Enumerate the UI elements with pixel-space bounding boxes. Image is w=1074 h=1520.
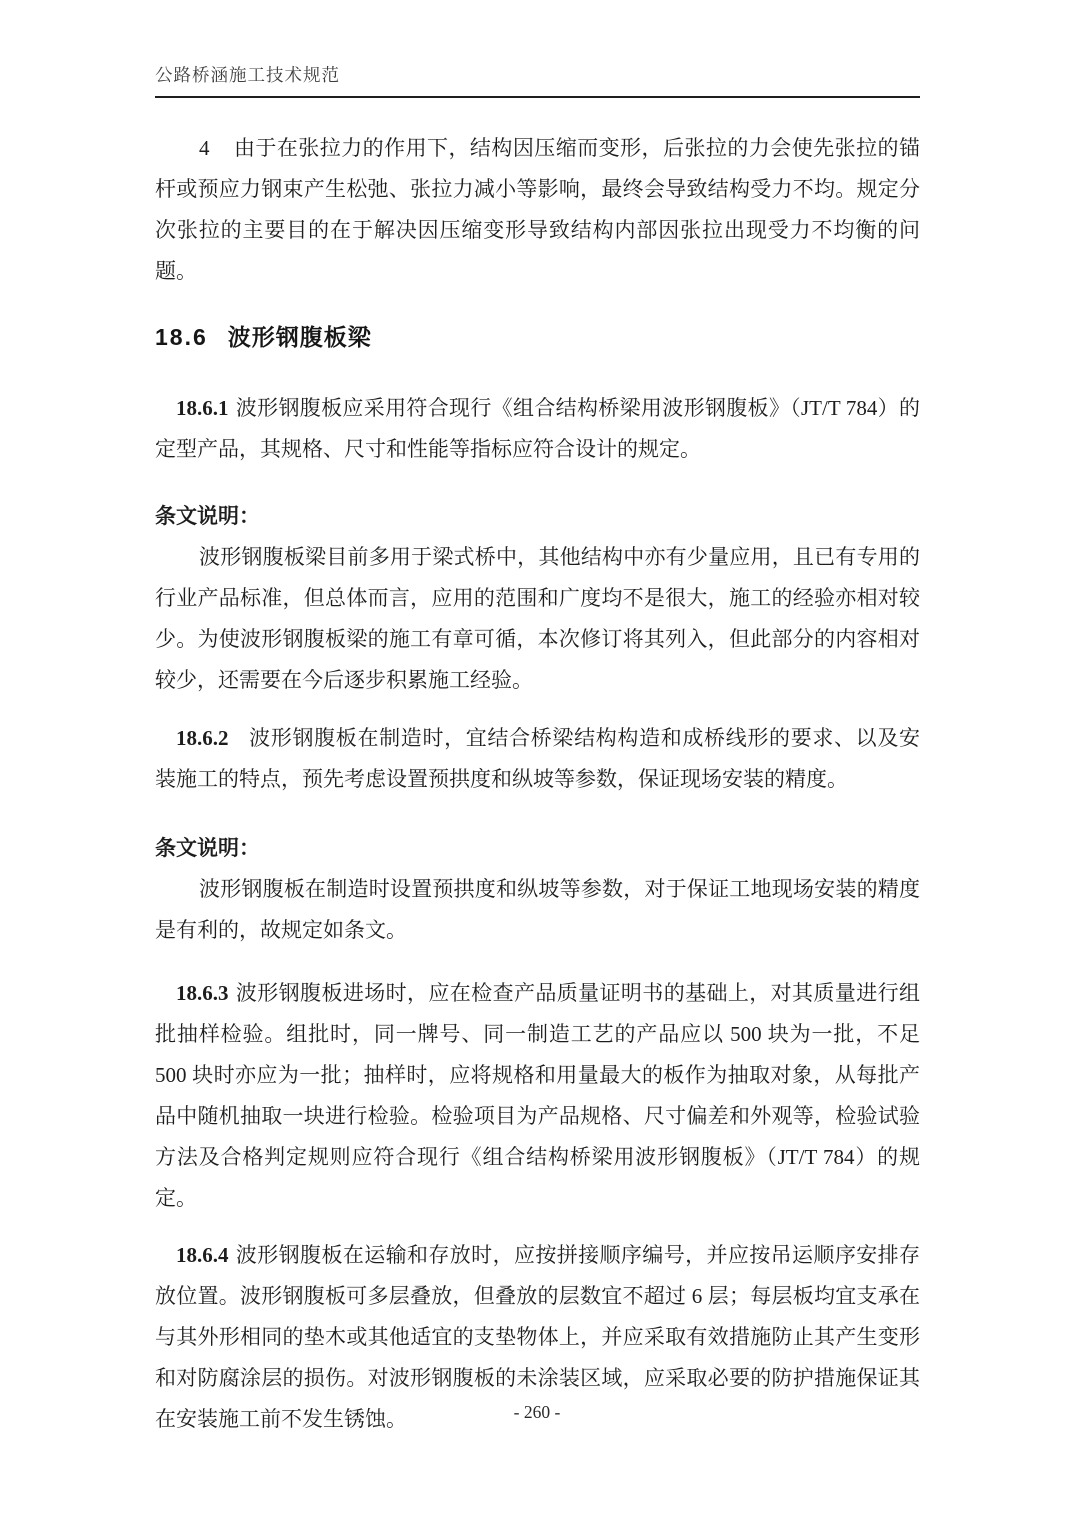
intro-item-number: 4	[199, 136, 210, 160]
clause-number: 18.6.3	[176, 981, 229, 1005]
clause-text: 波形钢腹板应采用符合现行《组合结构桥梁用波形钢腹板》（JT/T 784）的定型产…	[155, 396, 920, 461]
section-title: 波形钢腹板梁	[228, 324, 372, 350]
running-title: 公路桥涵施工技术规范	[155, 64, 920, 86]
explanation-block-1: 条文说明： 波形钢腹板梁目前多用于梁式桥中，其他结构中亦有少量应用，且已有专用的…	[155, 496, 920, 701]
clause-number: 18.6.2	[176, 726, 229, 750]
clause-18-6-3: 18.6.3波形钢腹板进场时，应在检查产品质量证明书的基础上，对其质量进行组批抽…	[155, 973, 920, 1219]
intro-paragraph-text: 由于在张拉力的作用下，结构因压缩而变形，后张拉的力会使先张拉的锚杆或预应力钢束产…	[155, 136, 920, 283]
explanation-block-2: 条文说明： 波形钢腹板在制造时设置预拱度和纵坡等参数，对于保证工地现场安装的精度…	[155, 828, 920, 951]
clause-number: 18.6.4	[176, 1243, 229, 1267]
document-body: 4由于在张拉力的作用下，结构因压缩而变形，后张拉的力会使先张拉的锚杆或预应力钢束…	[155, 98, 920, 1440]
clause-number: 18.6.1	[176, 396, 229, 420]
page-header: 公路桥涵施工技术规范	[155, 64, 920, 98]
clause-text: 波形钢腹板在制造时，宜结合桥梁结构构造和成桥线形的要求、以及安装施工的特点，预先…	[155, 726, 920, 791]
page-footer: - 260 -	[0, 1400, 1074, 1424]
clause-18-6-2: 18.6.2波形钢腹板在制造时，宜结合桥梁结构构造和成桥线形的要求、以及安装施工…	[155, 718, 920, 800]
section-number: 18.6	[155, 324, 208, 350]
document-page: 公路桥涵施工技术规范 4由于在张拉力的作用下，结构因压缩而变形，后张拉的力会使先…	[0, 0, 1074, 1520]
clause-18-6-1: 18.6.1波形钢腹板应采用符合现行《组合结构桥梁用波形钢腹板》（JT/T 78…	[155, 388, 920, 470]
explanation-paragraph: 波形钢腹板在制造时设置预拱度和纵坡等参数，对于保证工地现场安装的精度是有利的，故…	[155, 869, 920, 951]
clause-text: 波形钢腹板进场时，应在检查产品质量证明书的基础上，对其质量进行组批抽样检验。组批…	[155, 981, 920, 1210]
explanation-paragraph: 波形钢腹板梁目前多用于梁式桥中，其他结构中亦有少量应用，且已有专用的行业产品标准…	[155, 537, 920, 701]
intro-paragraph: 4由于在张拉力的作用下，结构因压缩而变形，后张拉的力会使先张拉的锚杆或预应力钢束…	[155, 128, 920, 292]
page-number: - 260 -	[514, 1402, 561, 1422]
section-heading: 18.6波形钢腹板梁	[155, 322, 920, 352]
explanation-label: 条文说明：	[155, 828, 920, 869]
explanation-label: 条文说明：	[155, 496, 920, 537]
